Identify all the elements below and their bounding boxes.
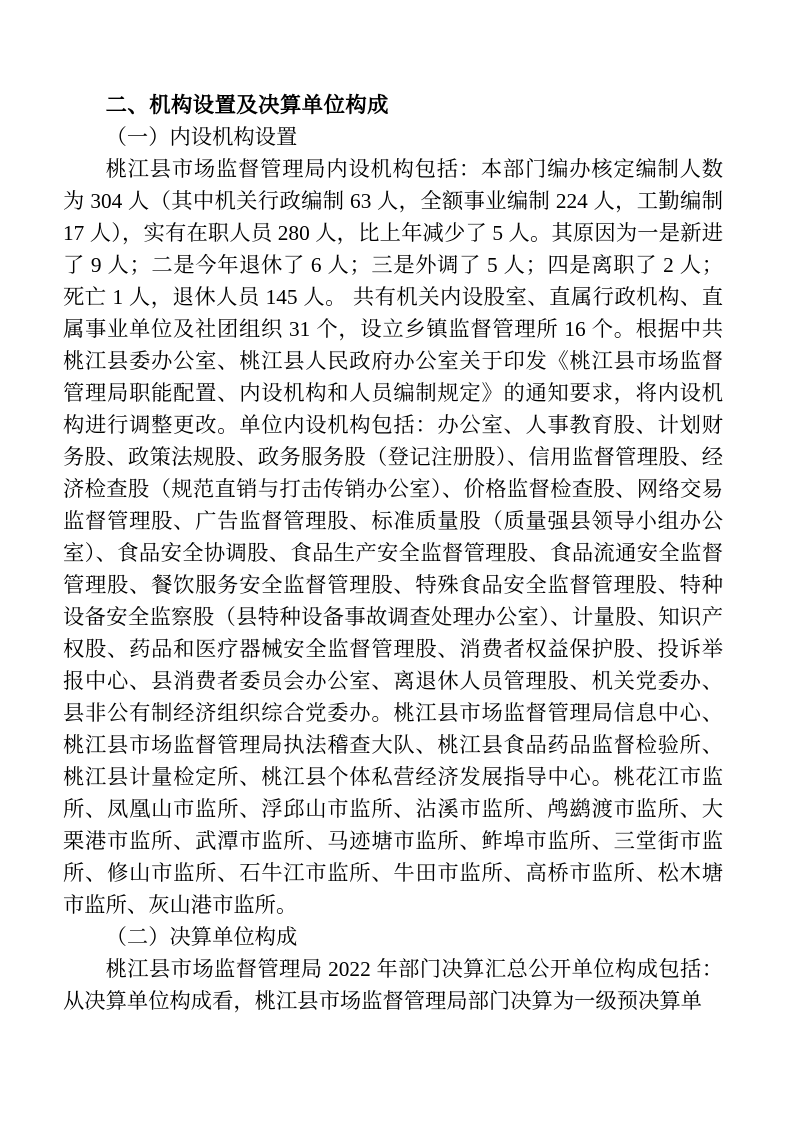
section-internal-structure: （一）内设机构设置 桃江县市场监督管理局内设机构包括：本部门编办核定编制人数为 … <box>63 121 723 921</box>
body-paragraph-accounting-units: 桃江县市场监督管理局 2022 年部门决算汇总公开单位构成包括：从决算单位构成看… <box>63 953 723 1017</box>
subsection-heading-2: （二）决算单位构成 <box>63 921 723 953</box>
document-page: 二、机构设置及决算单位构成 （一）内设机构设置 桃江县市场监督管理局内设机构包括… <box>0 0 794 1122</box>
body-paragraph-internal-structure: 桃江县市场监督管理局内设机构包括：本部门编办核定编制人数为 304 人（其中机关… <box>63 153 723 921</box>
section-accounting-units: （二）决算单位构成 桃江县市场监督管理局 2022 年部门决算汇总公开单位构成包… <box>63 921 723 1017</box>
subsection-heading-1: （一）内设机构设置 <box>63 121 723 153</box>
section-heading: 二、机构设置及决算单位构成 <box>63 89 723 121</box>
